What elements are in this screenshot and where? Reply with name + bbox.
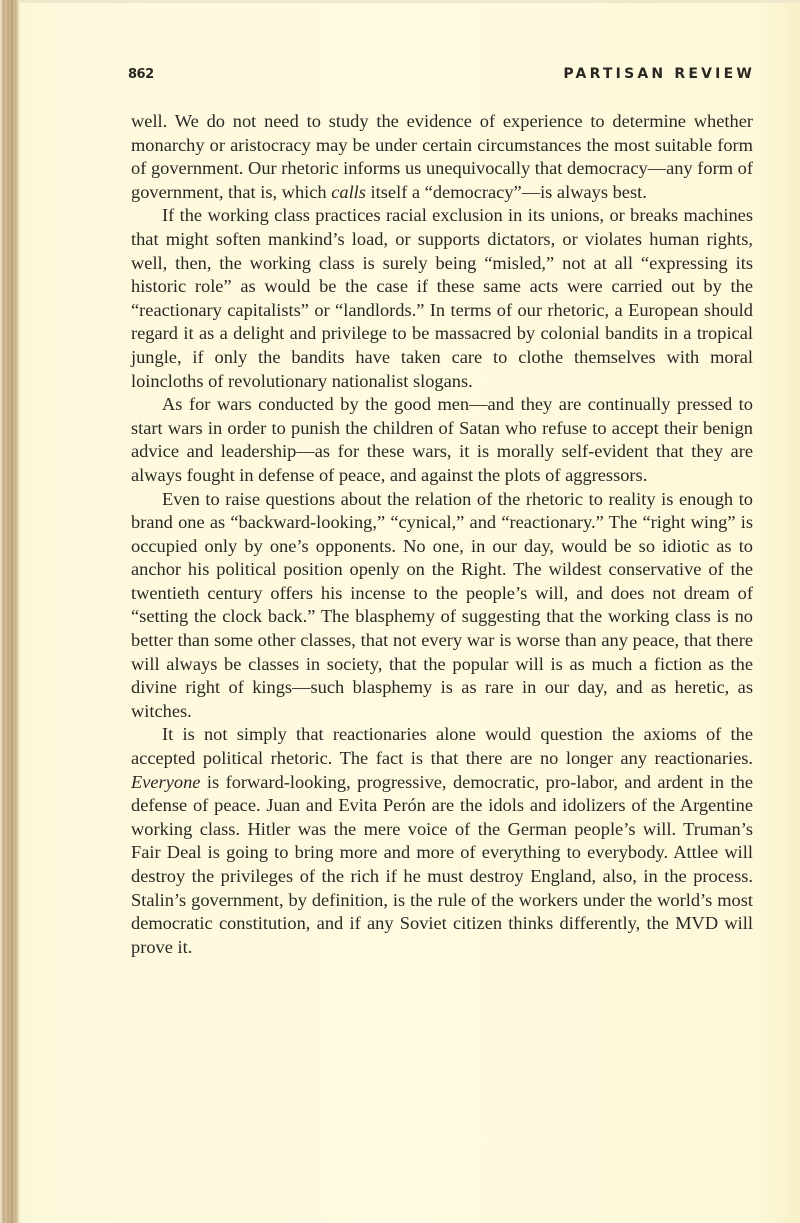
page-top-edge — [0, 0, 800, 3]
paragraph: It is not simply that reactionaries alon… — [131, 723, 753, 959]
paragraph: Even to raise questions about the relati… — [131, 488, 753, 724]
paragraph-text: If the working class practices racial ex… — [131, 205, 753, 390]
page-binding-edge — [0, 0, 20, 1223]
paragraph: If the working class practices racial ex… — [131, 204, 753, 393]
page-number: 862 — [128, 67, 154, 82]
running-head: 862 PARTISAN REVIEW — [128, 66, 752, 86]
emphasis-text: calls — [331, 182, 366, 202]
paragraph: As for wars conducted by the good men—an… — [131, 393, 753, 487]
journal-title: PARTISAN REVIEW — [563, 66, 755, 82]
book-page: 862 PARTISAN REVIEW well. We do not need… — [0, 0, 800, 1223]
paragraph: well. We do not need to study the eviden… — [131, 110, 753, 204]
body-text: well. We do not need to study the eviden… — [131, 110, 753, 959]
paragraph-text: As for wars conducted by the good men—an… — [131, 394, 753, 485]
paragraph-text: is forward-looking, progressive, democra… — [131, 772, 753, 957]
paragraph-text: Even to raise questions about the relati… — [131, 489, 753, 721]
paragraph-text: itself a “democracy”—is always best. — [366, 182, 647, 202]
paragraph-text: It is not simply that reactionaries alon… — [131, 724, 753, 768]
emphasis-text: Everyone — [131, 772, 200, 792]
